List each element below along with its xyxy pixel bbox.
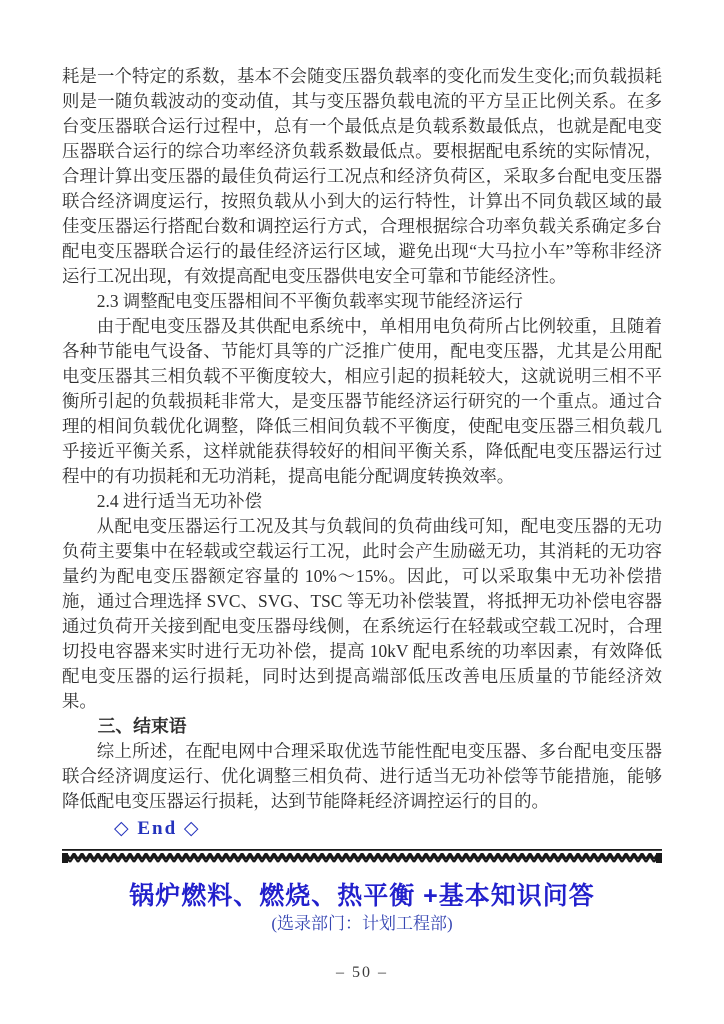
section-heading-2-4: 2.4 进行适当无功补偿: [62, 489, 662, 514]
next-article-title: 锅炉燃料、燃烧、热平衡 +基本知识问答: [62, 882, 662, 910]
section-heading-2-3: 2.3 调整配电变压器相间不平衡负载率实现节能经济运行: [62, 289, 662, 314]
section-heading-conclusion: 三、结束语: [62, 714, 662, 739]
page-number: – 50 –: [0, 964, 724, 982]
end-marker: ◇ End ◇: [62, 815, 662, 842]
body-paragraph: 由于配电变压器及其供配电系统中，单相用电负荷所占比例较重，且随着各种节能电气设备…: [62, 314, 662, 489]
body-paragraph: 从配电变压器运行工况及其与负载间的负荷曲线可知，配电变压器的无功负荷主要集中在轻…: [62, 514, 662, 714]
zigzag-divider: [62, 849, 662, 863]
next-article-subtitle: (选录部门：计划工程部): [62, 913, 662, 935]
zigzag-divider-graphic: [62, 849, 662, 863]
page-content: 耗是一个特定的系数，基本不会随变压器负载率的变化而发生变化;而负载损耗则是一随负…: [62, 64, 662, 935]
document-page: 耗是一个特定的系数，基本不会随变压器负载率的变化而发生变化;而负载损耗则是一随负…: [0, 0, 724, 1024]
body-paragraph-continued: 耗是一个特定的系数，基本不会随变压器负载率的变化而发生变化;而负载损耗则是一随负…: [62, 64, 662, 289]
body-paragraph: 综上所述，在配电网中合理采取优选节能性配电变压器、多台配电变压器联合经济调度运行…: [62, 739, 662, 814]
